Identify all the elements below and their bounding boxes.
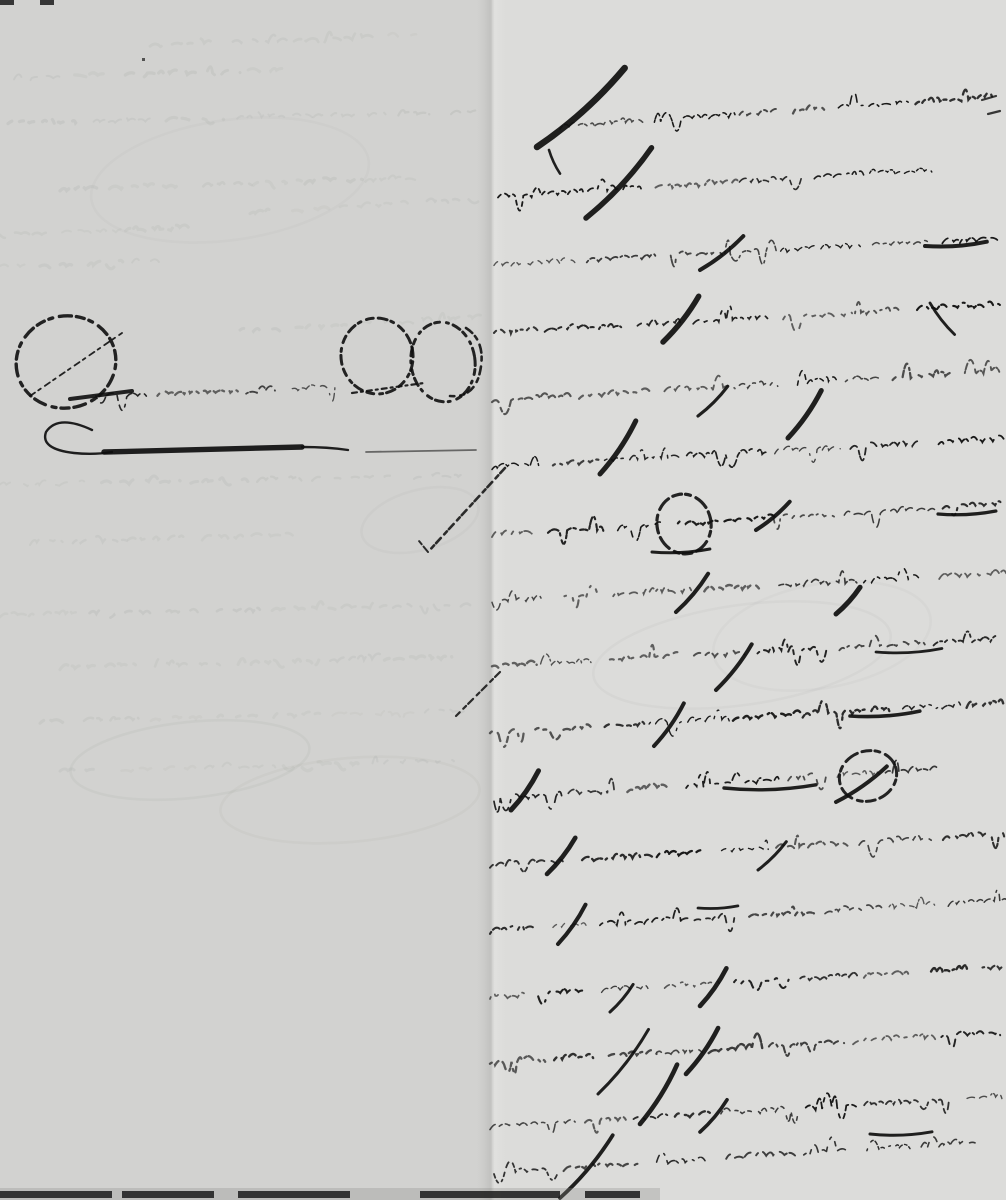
manuscript-canvas (0, 0, 1006, 1200)
manuscript-scan (0, 0, 1006, 1200)
